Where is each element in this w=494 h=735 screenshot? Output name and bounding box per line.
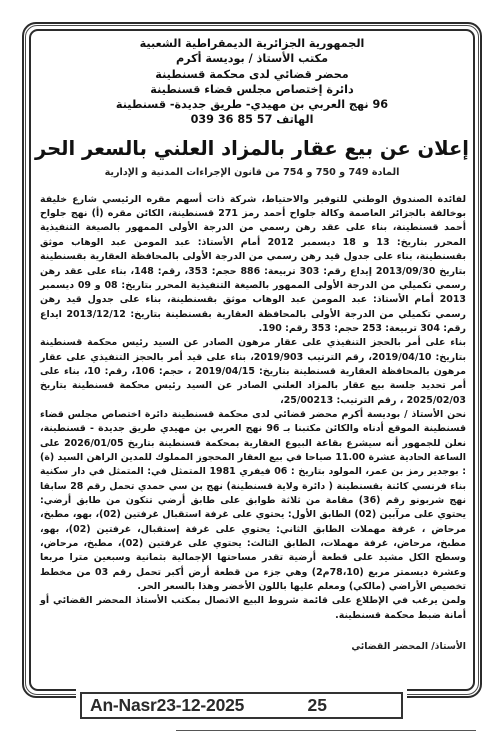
header-bailiff: محضر قضائي لدى محكمة قسنطينة: [34, 67, 470, 82]
header-jurisdiction: دائرة إختصاص مجلس قضاء قسنطينة: [34, 82, 470, 97]
signature: الأستاذ/ المحضر القضائي: [34, 641, 470, 652]
body-paragraph-seizure: بناء على أمر بالحجز التنفيذي على عقار مر…: [40, 336, 466, 408]
notice-title: إعلان عن بيع عقار بالمزاد العلني بالسعر …: [34, 137, 470, 161]
legal-notice: الجمهورية الجزائرية الديمقراطية الشعبية …: [34, 36, 470, 676]
header-office: مكتب الأستاذ / بوديسة أكرم: [34, 51, 470, 66]
bottom-rule: [176, 730, 476, 731]
body-paragraph-sale: نحن الأستاذ / بوديسة أكرم محضر قضائي لدى…: [40, 408, 466, 594]
header-address: 96 نهج العربي بن مهيدي- طريق جديدة- قسنط…: [34, 97, 470, 112]
notice-body: لفائدة الصندوق الوطني للتوفير والاحتياط،…: [34, 193, 470, 623]
body-paragraph-creditor: لفائدة الصندوق الوطني للتوفير والاحتياط،…: [40, 193, 466, 336]
notice-subtitle: المادة 749 و 750 و 754 من قانون الإجراءا…: [34, 166, 470, 179]
header-republic: الجمهورية الجزائرية الديمقراطية الشعبية: [34, 36, 470, 51]
notice-header: الجمهورية الجزائرية الديمقراطية الشعبية …: [34, 36, 470, 128]
publication-footer: An-Nasr23-12-2025 25: [80, 692, 403, 719]
body-paragraph-contact: ولمن يرغب في الإطلاع على قائمة شروط البي…: [40, 594, 466, 623]
page-number: 25: [308, 695, 327, 716]
publication-name-date: An-Nasr23-12-2025: [90, 695, 244, 716]
header-phone: الهاتف 57 85 36 039: [34, 112, 470, 127]
